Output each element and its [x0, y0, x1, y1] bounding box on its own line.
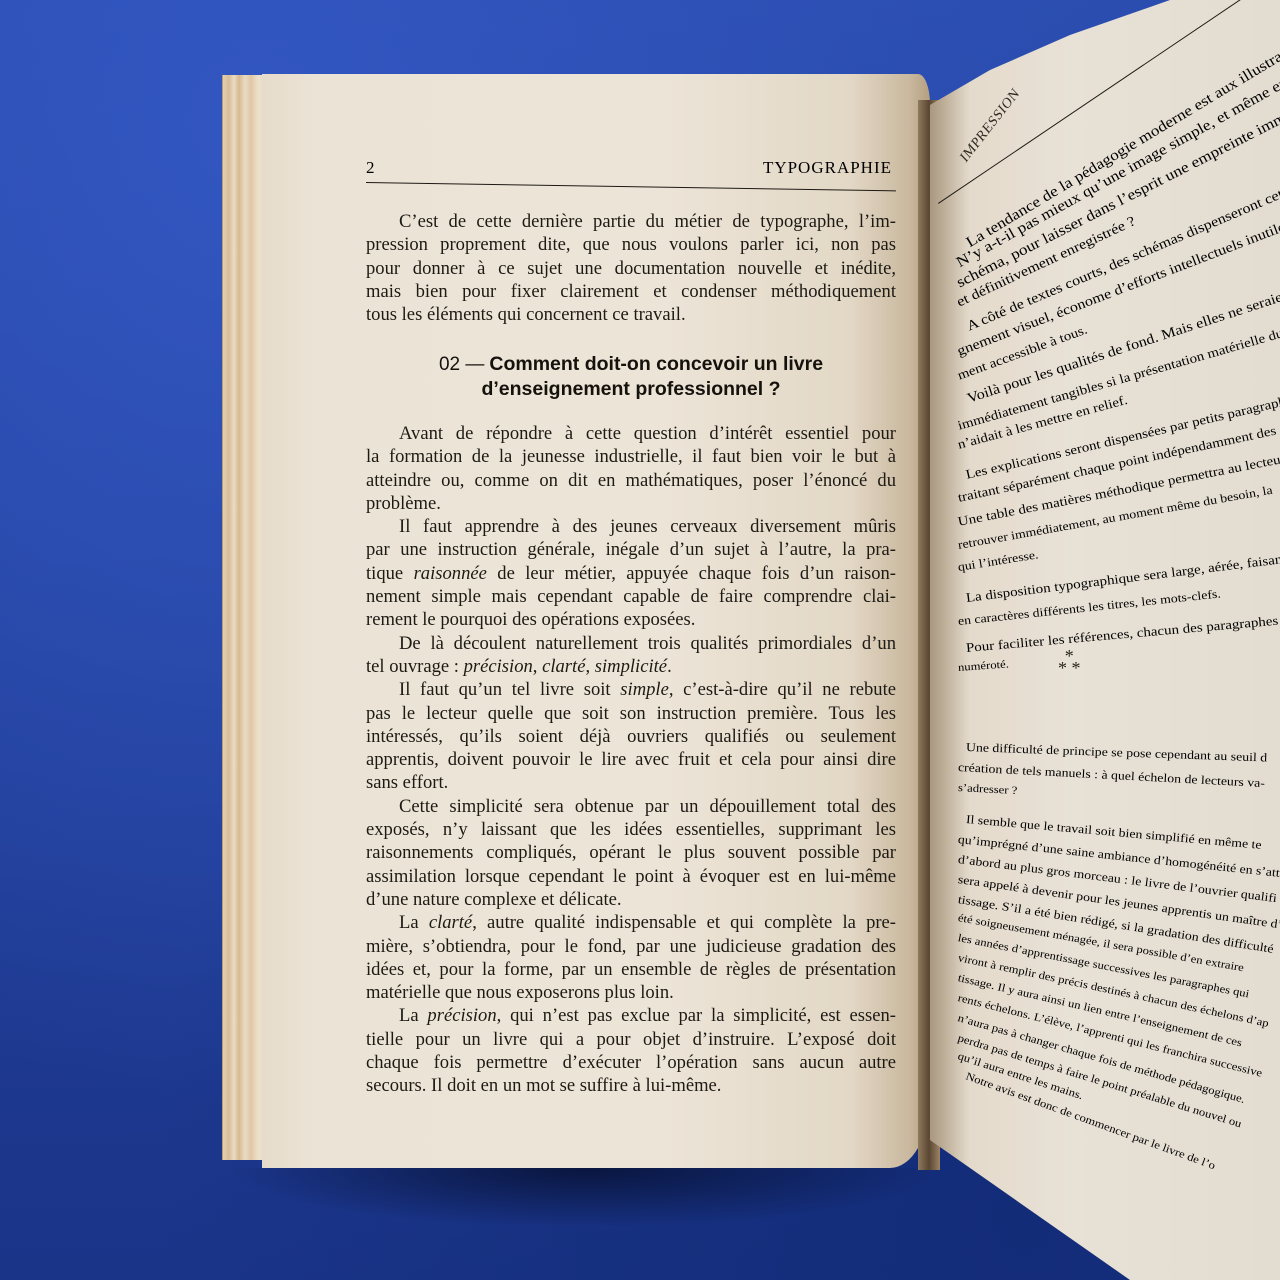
text-line: atteindre ou, comme on dit en mathématiq… — [366, 469, 896, 492]
text-line: Il faut qu’un tel livre soit simple, c’e… — [366, 678, 896, 701]
text-line: La clarté, autre qualité indispensable e… — [366, 911, 896, 934]
text-line: mière, s’obtiendra, pour le fond, par un… — [366, 935, 896, 958]
text-line: nement simple mais cependant capable de … — [366, 585, 896, 608]
emphasis: raisonnée — [414, 563, 487, 584]
emphasis: clarté — [542, 656, 585, 677]
text-line: La précision, qui n’est pas exclue par l… — [366, 1004, 896, 1027]
text-line: pas le lecteur quelle que soit son instr… — [366, 702, 896, 725]
text-line: la formation de la jeunesse industrielle… — [366, 445, 896, 468]
body-text: Avant de répondre à cette question d’int… — [366, 422, 896, 1098]
text-line: secours. Il doit en un mot se suffire à … — [366, 1074, 896, 1097]
section-title-line-1: Comment doit-on concevoir un livre — [489, 353, 823, 375]
text-line: mais bien pour fixer clairement et conde… — [366, 280, 896, 303]
emphasis: simplicité — [595, 656, 667, 677]
text-line: raisonnements compliqués, opérant le plu… — [366, 841, 896, 864]
text-line: Cette simplicité sera obtenue par un dép… — [366, 795, 896, 818]
text-line: pour donner à ce sujet une documentation… — [366, 257, 896, 280]
emphasis: précision — [427, 1005, 496, 1026]
text-line: idées et, pour la forme, par un ensemble… — [366, 958, 896, 981]
text-line: tel ouvrage : précision, clarté, simplic… — [366, 655, 896, 678]
section-title-line-2: d’enseignement professionnel ? — [481, 378, 780, 400]
text-line: apprentis, doivent pouvoir le lire avec … — [366, 748, 896, 771]
text-line: pression proprement dite, que nous voulo… — [366, 233, 896, 256]
text-line: assimilation lorsque cependant le point … — [366, 865, 896, 888]
text-line: tique raisonnée de leur métier, appuyée … — [366, 562, 896, 585]
text-line: De là découlent naturellement trois qual… — [366, 632, 896, 655]
section-number: 02 — — [439, 354, 484, 375]
gutter-shadow — [930, 0, 970, 1280]
section-heading: 02 — Comment doit-on concevoir un livre … — [366, 352, 896, 402]
text-line: intéressés, qu’ils soient déjà ouvriers … — [366, 725, 896, 748]
text-line: chaque fois permettre d’exécuter l’opéra… — [366, 1051, 896, 1074]
text-line: d’une nature complexe et délicate. — [366, 888, 896, 911]
intro-paragraph: C’est de cette dernière partie du métier… — [366, 210, 896, 326]
text-line: par une instruction générale, inégale d’… — [366, 538, 896, 561]
text-line: Il faut apprendre à des jeunes cerveaux … — [366, 515, 896, 538]
emphasis: simple — [620, 679, 669, 700]
text-line: tous les éléments qui concernent ce trav… — [366, 303, 896, 326]
asterism-ornament: * * * — [1058, 650, 1081, 674]
text-line: problème. — [366, 492, 896, 515]
emphasis: clarté — [429, 912, 472, 933]
text-line: C’est de cette dernière partie du métier… — [366, 210, 896, 233]
text-line: tielle pour un livre qui a pour objet d’… — [366, 1028, 896, 1051]
running-head-title: TYPOGRAPHIE — [763, 158, 892, 178]
text-line: rement le pourquoi des opérations exposé… — [366, 608, 896, 631]
emphasis: précision — [464, 656, 533, 677]
page-number: 2 — [366, 158, 375, 178]
text-line: Avant de répondre à cette question d’int… — [366, 422, 896, 445]
text-line: matérielle que nous exposerons plus loin… — [366, 981, 896, 1004]
book-shadow — [225, 1168, 945, 1228]
running-head: 2 TYPOGRAPHIE — [366, 158, 892, 182]
text-line: sans effort. — [366, 771, 896, 794]
text-line: exposés, n’y laissant que les idées esse… — [366, 818, 896, 841]
